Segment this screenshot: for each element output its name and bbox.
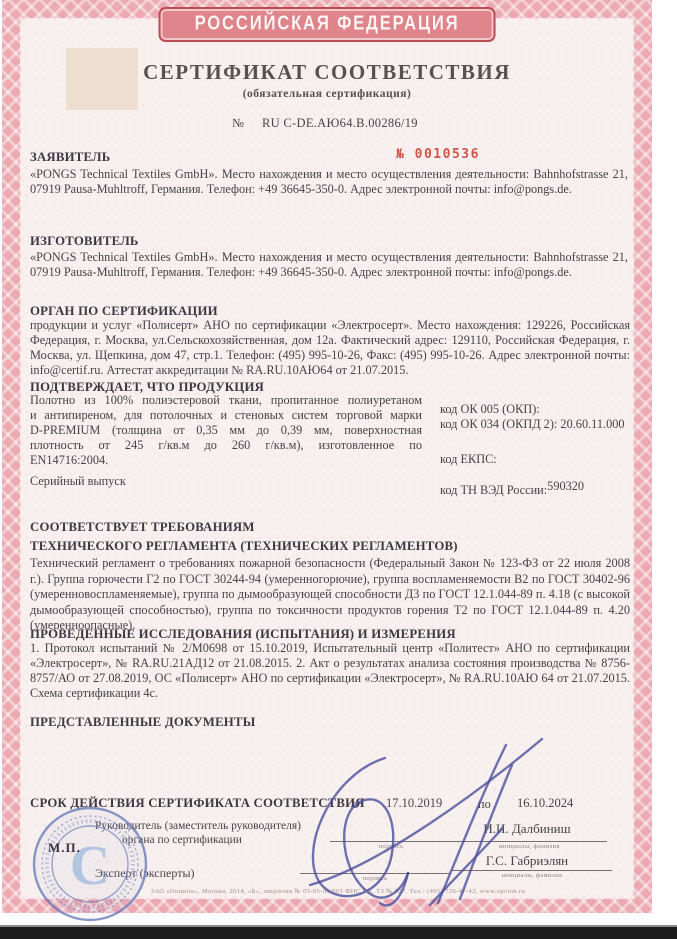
- tests-text: 1. Протокол испытаний № 2/М0698 от 15.10…: [30, 641, 630, 701]
- handwritten-signature: [290, 733, 552, 913]
- compliance-heading-line2: ТЕХНИЧЕСКОГО РЕГЛАМЕНТА (ТЕХНИЧЕСКИХ РЕГ…: [30, 539, 458, 554]
- code-okpd2-value: 20.60.11.000: [560, 417, 624, 431]
- blank-number: № 0010536: [396, 147, 480, 162]
- product-description: Полотно из 100% полиэстеровой ткани, про…: [30, 393, 422, 468]
- applicant-text: «PONGS Technical Textiles GmbH». Место н…: [30, 167, 628, 197]
- stamp-place-mark: М.П.: [48, 840, 81, 856]
- code-okp-line: код ОК 005 (ОКП):: [440, 402, 540, 417]
- compliance-heading-line1: СООТВЕТСТВУЕТ ТРЕБОВАНИЯМ: [30, 520, 255, 535]
- manufacturer-heading: ИЗГОТОВИТЕЛЬ: [30, 234, 139, 249]
- certificate-page: РОССИЙСКАЯ ФЕДЕРАЦИЯ СЕРТИФИКАТ СООТВЕТС…: [0, 0, 677, 939]
- code-tnved-label: код ТН ВЭД России:: [440, 483, 547, 497]
- certification-body-text: продукции и услуг «Полисерт» АНО по серт…: [30, 318, 630, 378]
- issue-type: Серийный выпуск: [30, 474, 126, 489]
- code-okp-label: код ОК 005 (ОКП):: [440, 402, 540, 416]
- scan-edge-strip: [0, 925, 677, 939]
- code-ekps-line: код ЕКПС:: [440, 452, 497, 467]
- applicant-heading: ЗАЯВИТЕЛЬ: [30, 150, 110, 165]
- cert-number: RU C-DE.АЮ64.B.00286/19: [262, 116, 418, 131]
- code-okpd2-line: код ОК 034 (ОКПД 2): 20.60.11.000: [440, 417, 625, 432]
- certification-round-stamp-icon: С: [26, 800, 154, 928]
- country-banner: РОССИЙСКАЯ ФЕДЕРАЦИЯ: [159, 7, 496, 42]
- document-title: СЕРТИФИКАТ СООТВЕТСТВИЯ: [22, 60, 632, 85]
- tests-heading: ПРОВЕДЕННЫЕ ИССЛЕДОВАНИЯ (ИСПЫТАНИЯ) И И…: [30, 627, 456, 642]
- country-banner-label: РОССИЙСКАЯ ФЕДЕРАЦИЯ: [195, 12, 460, 36]
- compliance-text: Технический регламент о требованиях пожа…: [30, 556, 630, 634]
- code-tnved-line: код ТН ВЭД России:590320: [440, 483, 584, 498]
- cert-number-label: №: [232, 116, 244, 131]
- code-ekps-label: код ЕКПС:: [440, 452, 497, 466]
- code-okpd2-label: код ОК 034 (ОКПД 2):: [440, 417, 557, 431]
- document-subtitle: (обязательная сертификация): [22, 88, 632, 100]
- certification-body-heading: ОРГАН ПО СЕРТИФИКАЦИИ: [30, 304, 218, 319]
- code-tnved-value: 590320: [547, 479, 584, 493]
- manufacturer-text: «PONGS Technical Textiles GmbH». Место н…: [30, 250, 628, 280]
- documents-heading: ПРЕДСТАВЛЕННЫЕ ДОКУМЕНТЫ: [30, 715, 255, 730]
